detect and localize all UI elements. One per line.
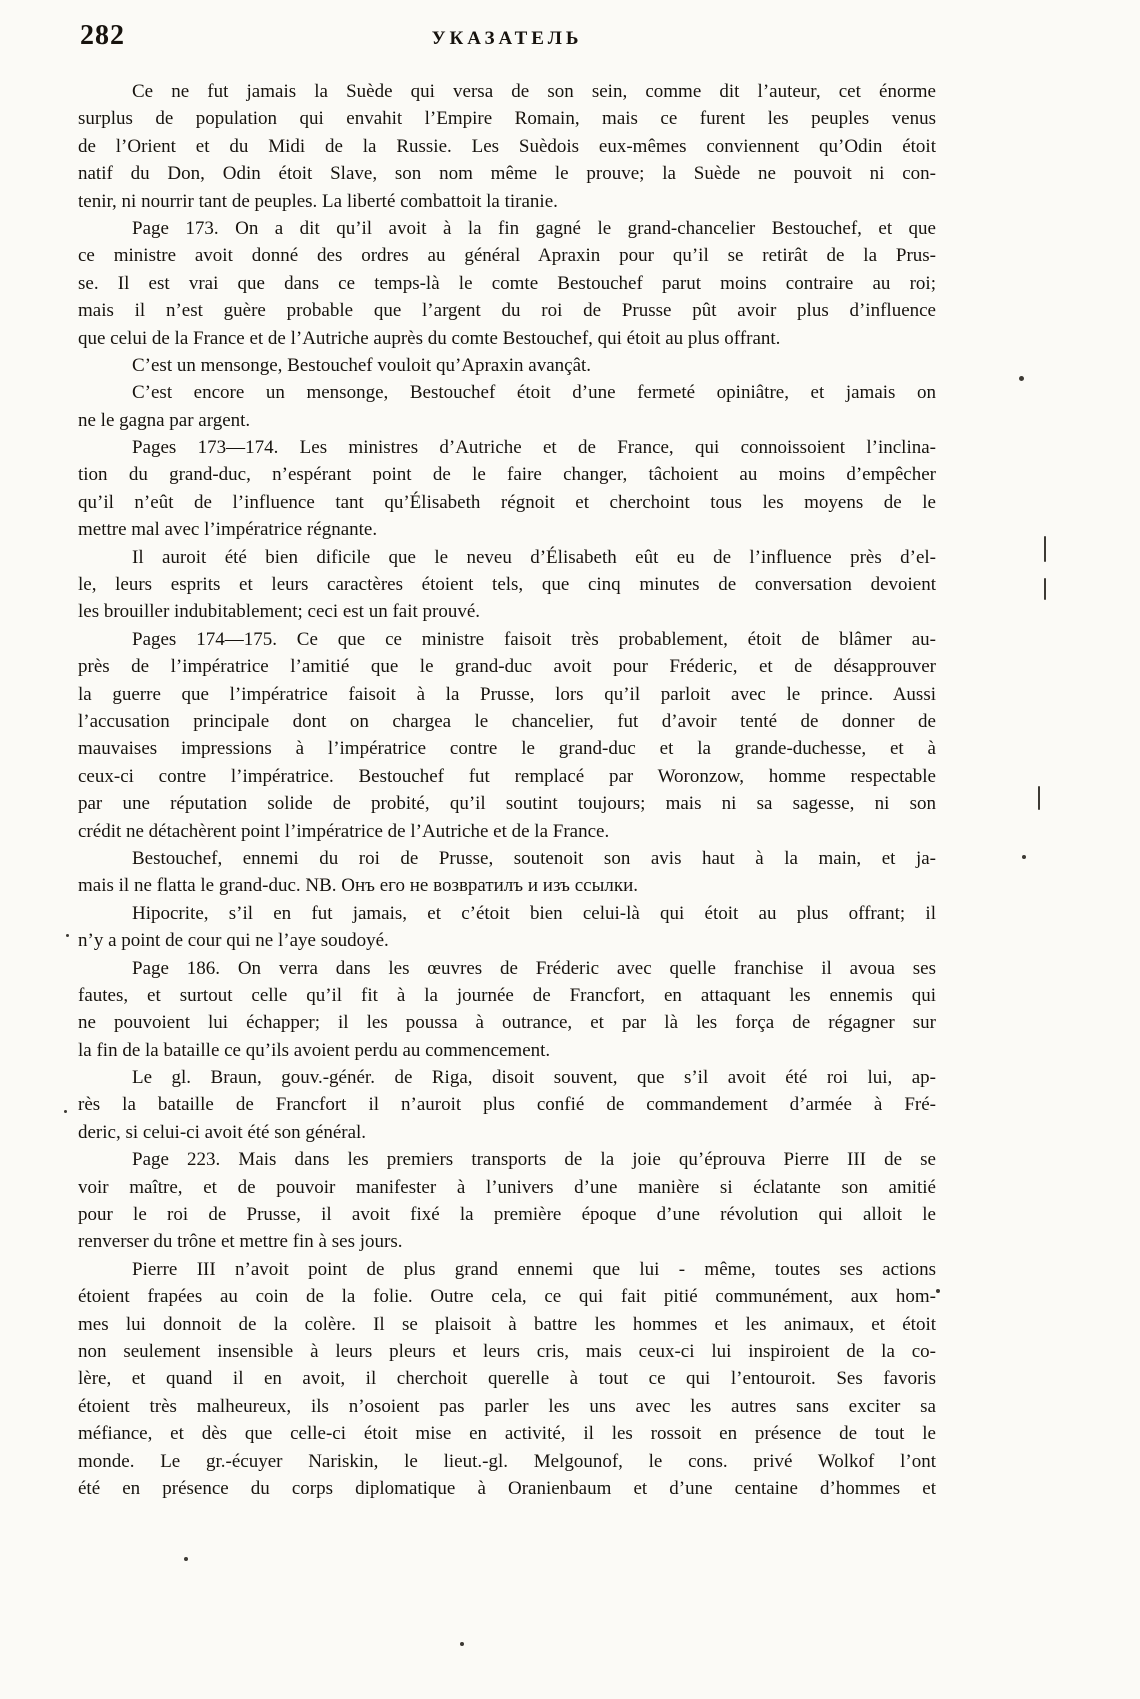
- text-line: mes lui donnoit de la colère. Il se plai…: [78, 1311, 936, 1338]
- paragraph: Hipocrite, s’il en fut jamais, et c’étoi…: [78, 900, 936, 955]
- text-line: natif du Don, Odin étoit Slave, son nom …: [78, 160, 936, 187]
- text-line: renverser du trône et mettre fin à ses j…: [78, 1228, 936, 1255]
- text-line: mais il ne flatta le grand-duc. NB. Онъ …: [78, 872, 936, 899]
- text-line: Bestouchef, ennemi du roi de Prusse, sou…: [78, 845, 936, 872]
- text-line: monde. Le gr.-écuyer Nariskin, le lieut.…: [78, 1448, 936, 1475]
- text-line: lère, et quand il en avoit, il cherchoit…: [78, 1365, 936, 1392]
- paragraph: Il auroit été bien dificile que le neveu…: [78, 544, 936, 626]
- text-line: ne le gagna par argent.: [78, 407, 936, 434]
- text-line: Il auroit été bien dificile que le neveu…: [78, 544, 936, 571]
- paragraph: C’est encore un mensonge, Bestouchef éto…: [78, 379, 936, 434]
- scan-speck: [1044, 536, 1046, 562]
- paragraph: Pages 174—175. Ce que ce ministre faisoi…: [78, 626, 936, 845]
- book-page: 282 УКАЗАТЕЛЬ Ce ne fut jamais la Suède …: [0, 0, 1140, 1699]
- text-line: étoient très malheureux, ils n’osoient p…: [78, 1393, 936, 1420]
- text-line: Ce ne fut jamais la Suède qui versa de s…: [78, 78, 936, 105]
- scan-speck: [184, 1557, 188, 1561]
- scan-speck: [66, 934, 69, 937]
- text-line: par une réputation solide de probité, qu…: [78, 790, 936, 817]
- text-line: l’accusation principale dont on chargea …: [78, 708, 936, 735]
- text-line: mauvaises impressions à l’impératrice co…: [78, 735, 936, 762]
- text-line: près de l’impératrice l’amitié que le gr…: [78, 653, 936, 680]
- text-line: Pierre III n’avoit point de plus grand e…: [78, 1256, 936, 1283]
- text-line: deric, si celui-ci avoit été son général…: [78, 1119, 936, 1146]
- text-line: crédit ne détachèrent point l’impératric…: [78, 818, 936, 845]
- page-header-title: УКАЗАТЕЛЬ: [78, 28, 936, 50]
- text-line: mais il n’est guère probable que l’argen…: [78, 297, 936, 324]
- text-line: rès la bataille de Francfort il n’auroit…: [78, 1091, 936, 1118]
- text-line: mettre mal avec l’impératrice régnante.: [78, 516, 936, 543]
- paragraph: Page 173. On a dit qu’il avoit à la fin …: [78, 215, 936, 352]
- text-line: C’est encore un mensonge, Bestouchef éto…: [78, 379, 936, 406]
- paragraph: C’est un mensonge, Bestouchef vouloit qu…: [78, 352, 936, 379]
- text-line: ne pouvoient lui échapper; il les poussa…: [78, 1009, 936, 1036]
- text-line: été en présence du corps diplomatique à …: [78, 1475, 936, 1502]
- paragraph: Pierre III n’avoit point de plus grand e…: [78, 1256, 936, 1503]
- text-line: Pages 174—175. Ce que ce ministre faisoi…: [78, 626, 936, 653]
- scan-speck: [1038, 786, 1040, 810]
- text-line: pour le roi de Prusse, il avoit fixé la …: [78, 1201, 936, 1228]
- scan-speck: [460, 1642, 464, 1646]
- text-line: fautes, et surtout celle qu’il fit à la …: [78, 982, 936, 1009]
- text-line: tion du grand-duc, n’espérant point de l…: [78, 461, 936, 488]
- page-header: 282 УКАЗАТЕЛЬ: [78, 20, 1062, 60]
- scan-speck: [1019, 376, 1024, 381]
- text-line: Le gl. Braun, gouv.-génér. de Riga, diso…: [78, 1064, 936, 1091]
- scan-speck: [1044, 578, 1046, 600]
- text-line: non seulement insensible à leurs pleurs …: [78, 1338, 936, 1365]
- paragraph: Page 186. On verra dans les œuvres de Fr…: [78, 955, 936, 1065]
- paragraph: Ce ne fut jamais la Suède qui versa de s…: [78, 78, 936, 215]
- text-line: voir maître, et de pouvoir manifester à …: [78, 1174, 936, 1201]
- text-line: C’est un mensonge, Bestouchef vouloit qu…: [78, 352, 936, 379]
- paragraph: Bestouchef, ennemi du roi de Prusse, sou…: [78, 845, 936, 900]
- text-line: se. Il est vrai que dans ce temps-là le …: [78, 270, 936, 297]
- paragraph: Page 223. Mais dans les premiers transpo…: [78, 1146, 936, 1256]
- text-line: que celui de la France et de l’Autriche …: [78, 325, 936, 352]
- paragraph: Le gl. Braun, gouv.-génér. de Riga, diso…: [78, 1064, 936, 1146]
- text-line: Page 173. On a dit qu’il avoit à la fin …: [78, 215, 936, 242]
- text-line: Pages 173—174. Les ministres d’Autriche …: [78, 434, 936, 461]
- text-line: ceux-ci contre l’impératrice. Bestouchef…: [78, 763, 936, 790]
- paragraph: Pages 173—174. Les ministres d’Autriche …: [78, 434, 936, 544]
- scan-speck: [1022, 855, 1026, 859]
- text-line: tenir, ni nourrir tant de peuples. La li…: [78, 188, 936, 215]
- text-line: Hipocrite, s’il en fut jamais, et c’étoi…: [78, 900, 936, 927]
- text-line: de l’Orient et du Midi de la Russie. Les…: [78, 133, 936, 160]
- text-line: Page 223. Mais dans les premiers transpo…: [78, 1146, 936, 1173]
- text-line: Page 186. On verra dans les œuvres de Fr…: [78, 955, 936, 982]
- text-line: la fin de la bataille ce qu’ils avoient …: [78, 1037, 936, 1064]
- text-line: qu’il n’eût de l’influence tant qu’Élisa…: [78, 489, 936, 516]
- text-line: le, leurs esprits et leurs caractères ét…: [78, 571, 936, 598]
- text-line: la guerre que l’impératrice faisoit à la…: [78, 681, 936, 708]
- text-line: les brouiller indubitablement; ceci est …: [78, 598, 936, 625]
- text-line: méfiance, et dès que celle-ci étoit mise…: [78, 1420, 936, 1447]
- scan-speck: [936, 1289, 940, 1293]
- page-text: Ce ne fut jamais la Suède qui versa de s…: [78, 78, 936, 1502]
- text-line: n’y a point de cour qui ne l’aye soudoyé…: [78, 927, 936, 954]
- scan-speck: [64, 1110, 67, 1113]
- text-line: étoient frapées au coin de la folie. Out…: [78, 1283, 936, 1310]
- text-line: ce ministre avoit donné des ordres au gé…: [78, 242, 936, 269]
- text-line: surplus de population qui envahit l’Empi…: [78, 105, 936, 132]
